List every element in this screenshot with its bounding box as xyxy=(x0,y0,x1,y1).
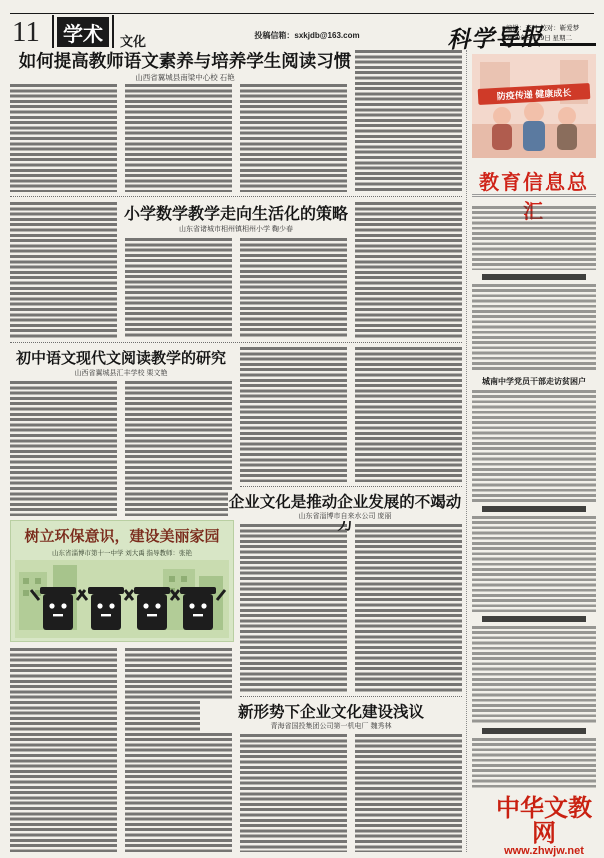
article4-title: 树立环保意识，建设美丽家园 xyxy=(11,525,233,546)
info-item-heading-bar xyxy=(482,728,586,734)
info-item-text xyxy=(472,626,596,724)
section-logo: 学术 xyxy=(57,17,109,47)
article3-column-4 xyxy=(355,347,462,482)
date-line: ■2020年5月19日 星期二 xyxy=(502,33,572,42)
watermark-site-url: www.zhwjw.net xyxy=(486,846,602,858)
article2-column-2 xyxy=(125,238,232,338)
article5-column-1 xyxy=(240,524,347,692)
article2-title: 小学数学教学走向生活化的策略 xyxy=(122,201,350,224)
article2-byline: 山东省诸城市相州镇相州小学 鞠少春 xyxy=(122,224,350,234)
article6-column-2 xyxy=(355,734,462,852)
article1-column-4 xyxy=(355,50,462,192)
divider-article5-6 xyxy=(240,696,462,697)
article3-column-2 xyxy=(125,381,232,516)
logo-right-bar xyxy=(112,15,114,49)
article4-column-1 xyxy=(10,648,117,852)
article1-column-2 xyxy=(125,84,232,192)
article2-column-4 xyxy=(355,202,462,338)
info-item-text xyxy=(472,516,596,612)
watermark-site-name: 中华文教网 xyxy=(486,796,602,846)
article3-column-3 xyxy=(240,347,347,482)
info-illustration: 防疫传递 健康成长 xyxy=(472,54,596,158)
article5-byline: 山东省淄博市自来水公司 庞丽 xyxy=(228,511,462,521)
watermark: 中华文教网 www.zhwjw.net xyxy=(486,796,602,858)
article1-column-1 xyxy=(10,84,117,192)
info-item-heading-bar xyxy=(482,506,586,512)
article4-column-2 xyxy=(125,648,232,852)
article4-byline: 山东省淄博市第十一中学 刘大禹 指导教师：张艳 xyxy=(11,548,233,557)
article3-title: 初中语文现代文阅读教学的研究 xyxy=(10,347,232,368)
divider-article3-5 xyxy=(240,486,462,487)
info-item-text xyxy=(472,284,596,372)
info-item-heading: 城南中学党员干部走访贫困户 xyxy=(470,376,598,387)
header-top-rule xyxy=(10,13,594,14)
article3-column-1 xyxy=(10,381,117,516)
main-right-divider xyxy=(466,50,467,852)
header-date-rule xyxy=(500,43,596,46)
article2-column-3 xyxy=(240,238,347,338)
article6-column-1 xyxy=(240,734,347,852)
article2-column-1 xyxy=(10,202,117,338)
article6-byline: 青海省国投集团公司第一机电厂 魏秀林 xyxy=(200,721,462,731)
info-item-text xyxy=(472,738,596,788)
article5-column-2 xyxy=(355,524,462,692)
info-item-heading-bar xyxy=(482,274,586,280)
info-item-text xyxy=(472,206,596,270)
info-item-text xyxy=(472,390,596,502)
page-number: 11 xyxy=(12,16,40,49)
eco-box: 树立环保意识，建设美丽家园 山东省淄博市第十一中学 刘大禹 指导教师：张艳 xyxy=(10,520,234,642)
eco-illustration xyxy=(15,560,229,638)
info-item-heading-bar xyxy=(482,616,586,622)
logo-left-bar xyxy=(52,15,54,49)
divider-article1-2 xyxy=(10,196,462,197)
article6-title: 新形势下企业文化建设浅议 xyxy=(200,700,462,722)
article1-title: 如何提高教师语文素养与培养学生阅读习惯 xyxy=(12,48,358,73)
article3-byline: 山西省翼城县汇丰学校 栗文艳 xyxy=(10,368,232,378)
editor-line: ■编辑：李月 校对：靳爱梦 xyxy=(502,23,579,32)
submission-email: 投稿信箱：sxkjdb@163.com xyxy=(232,30,382,41)
article1-column-3 xyxy=(240,84,347,192)
divider-article2-3 xyxy=(10,342,462,343)
newspaper-page: 11 学术 文化 投稿信箱：sxkjdb@163.com 科学导报 ■编辑：李月… xyxy=(0,0,604,858)
info-title-underline xyxy=(472,194,596,197)
article1-byline: 山西省翼城县南梁中心校 石艳 xyxy=(12,72,358,83)
